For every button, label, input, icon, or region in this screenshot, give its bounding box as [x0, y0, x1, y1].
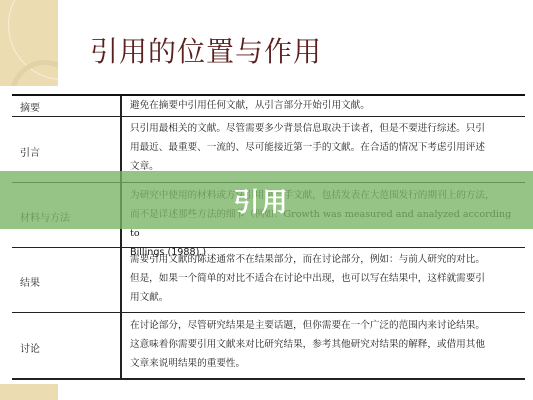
row-section-label: 摘要	[20, 99, 40, 114]
corner-decoration	[0, 0, 58, 86]
content-line: 需要引用文献的陈述通常不在结果部分，而在讨论部分，例如：与前人研究的对比。	[130, 250, 519, 269]
content-line: 文章来说明结果的重要性。	[130, 354, 519, 373]
row-content: 避免在摘要中引用任何文献，从引言部分开始引用文献。	[130, 96, 519, 115]
content-line: 只引用最相关的文献。尽管需要多少背景信息取决于读者，但是不要进行综述。只引	[130, 119, 519, 138]
overlay-title: 引用	[0, 171, 533, 229]
content-line: 用文献。	[130, 288, 519, 307]
content-line: 避免在摘要中引用任何文献，从引言部分开始引用文献。	[130, 96, 519, 115]
corner-decoration-bottom	[0, 384, 58, 400]
row-content: 需要引用文献的陈述通常不在结果部分，而在讨论部分，例如：与前人研究的对比。 但是…	[130, 250, 519, 307]
content-line: 但是，如果一个简单的对比不适合在讨论中出现，也可以写在结果中，这样就需要引	[130, 269, 519, 288]
row-section-label: 引言	[20, 144, 40, 159]
table-row-abstract: 摘要 避免在摘要中引用任何文献，从引言部分开始引用文献。	[12, 94, 525, 117]
row-section-label: 结果	[20, 274, 40, 289]
row-content: 只引用最相关的文献。尽管需要多少背景信息取决于读者，但是不要进行综述。只引 用最…	[130, 119, 519, 176]
table-row-discussion: 讨论 在讨论部分，尽管研究结果是主要话题，但你需要在一个广泛的范围内来讨论结果。…	[12, 313, 525, 380]
content-line: 这意味着你需要引用文献来对比研究结果，参考其他研究对结果的解释，或借用其他	[130, 335, 519, 354]
decor-ring	[10, 60, 58, 86]
content-line: 在讨论部分，尽管研究结果是主要话题，但你需要在一个广泛的范围内来讨论结果。	[130, 316, 519, 335]
column-divider	[120, 96, 122, 380]
table-row-results: 结果 需要引用文献的陈述通常不在结果部分，而在讨论部分，例如：与前人研究的对比。…	[12, 248, 525, 313]
content-line: 用最近、最重要、一流的、尽可能接近第一手的文献。在合适的情况下考虑引用评述	[130, 138, 519, 157]
row-section-label: 讨论	[20, 340, 40, 355]
row-content: 在讨论部分，尽管研究结果是主要话题，但你需要在一个广泛的范围内来讨论结果。 这意…	[130, 316, 519, 373]
page-title: 引用的位置与作用	[90, 30, 322, 70]
